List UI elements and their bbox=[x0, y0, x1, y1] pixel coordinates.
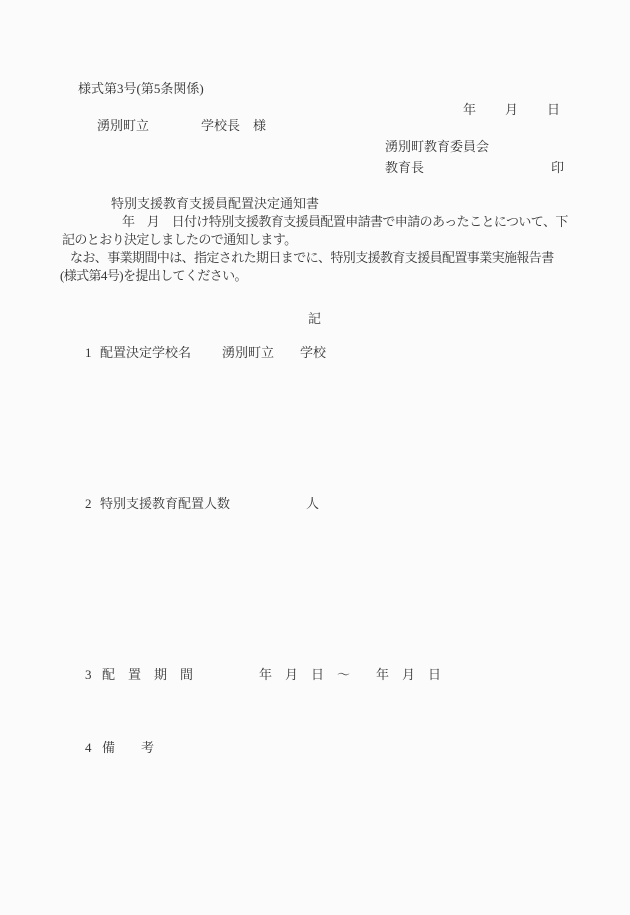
item-label: 配 置 期 間 bbox=[102, 668, 193, 682]
issue-date-line: 年 月 日 bbox=[463, 103, 561, 117]
item-label: 配置決定学校名 bbox=[100, 346, 191, 360]
document-page: 様式第3号(第5条関係) 年 月 日 湧別町立 学校長 様 湧別町教育委員会 教… bbox=[0, 0, 630, 915]
seal-mark: 印 bbox=[551, 161, 564, 175]
item-value: 人 bbox=[306, 497, 319, 511]
addressee-line: 湧別町立 学校長 様 bbox=[97, 119, 266, 133]
document-title: 特別支援教育支援員配置決定通知書 bbox=[111, 197, 319, 211]
record-marker: 記 bbox=[308, 312, 321, 326]
item-number: 1 bbox=[85, 346, 92, 360]
body-paragraph-line: 年 月 日付け特別支援教育支援員配置申請書で申請のあったことについて、下 bbox=[122, 215, 568, 229]
item-label: 備 考 bbox=[102, 741, 154, 755]
body-paragraph-line: (様式第4号)を提出してください。 bbox=[60, 269, 247, 283]
body-paragraph-line: なお、事業期間中は、指定された期日までに、特別支援教育支援員配置事業実施報告書 bbox=[70, 251, 554, 265]
issuer-organization: 湧別町教育委員会 bbox=[385, 140, 489, 154]
item-number: 4 bbox=[85, 741, 92, 755]
item-value: 湧別町立 学校 bbox=[222, 346, 326, 360]
item-label: 特別支援教育配置人数 bbox=[100, 497, 230, 511]
item-number: 2 bbox=[85, 497, 92, 511]
item-number: 3 bbox=[85, 668, 92, 682]
issuer-title: 教育長 bbox=[385, 161, 424, 175]
item-value: 年 月 日 ～ 年 月 日 bbox=[259, 668, 441, 682]
form-number: 様式第3号(第5条関係) bbox=[78, 82, 204, 96]
body-paragraph-line: 記のとおり決定しましたので通知します。 bbox=[62, 233, 297, 247]
